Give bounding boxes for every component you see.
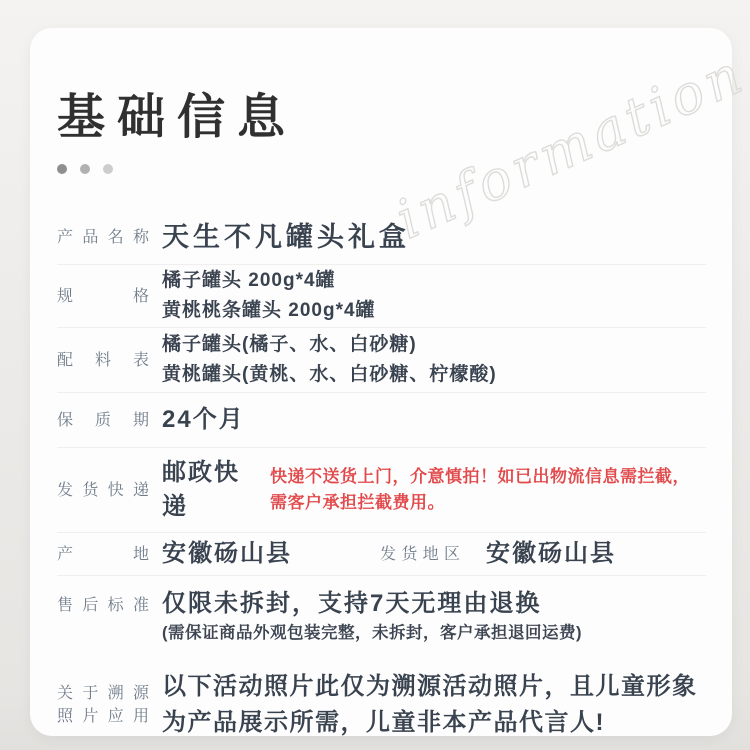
- after-sales-value: 仅限未拆封，支持7天无理由退换: [162, 587, 582, 621]
- traceability-label: 关于溯源 照片应用: [57, 682, 149, 728]
- row-spec: 规 格 橘子罐头 200g*4罐 黄桃桃条罐头 200g*4罐: [57, 265, 706, 328]
- product-name-value: 天生不凡罐头礼盒: [162, 222, 410, 252]
- title-dots-decoration: [57, 164, 732, 174]
- row-after-sales: 售后标准 仅限未拆封，支持7天无理由退换 (需保证商品外观包装完整，未拆封，客户…: [57, 576, 706, 656]
- card-header: 基础信息: [30, 28, 732, 174]
- shipping-value: 邮政快递: [162, 456, 262, 524]
- row-shelf-life: 保 质 期 24个月: [57, 393, 706, 448]
- row-ingredients: 配 料 表 橘子罐头(橘子、水、白砂糖) 黄桃罐头(黄桃、水、白砂糖、柠檬酸): [57, 328, 706, 393]
- spec-value: 橘子罐头 200g*4罐 黄桃桃条罐头 200g*4罐: [162, 266, 376, 326]
- spec-label: 规 格: [57, 285, 149, 308]
- row-product-name: 产品名称 天生不凡罐头礼盒: [57, 210, 706, 265]
- row-origin: 产 地 安徽砀山县 发货地区 安徽砀山县: [57, 533, 706, 576]
- shipping-label: 发货快递: [57, 479, 149, 502]
- row-traceability: 关于溯源 照片应用 以下活动照片此仅为溯源活动照片，且儿童形象 为产品展示所需，…: [57, 656, 706, 741]
- ingredients-label: 配 料 表: [57, 349, 149, 372]
- info-card: information 基础信息 产品名称 天生不凡罐头礼盒 规 格 橘子罐头 …: [30, 28, 732, 736]
- origin-label: 产 地: [57, 543, 149, 566]
- product-name-label: 产品名称: [57, 226, 149, 249]
- ship-from-value: 安徽砀山县: [486, 537, 616, 571]
- product-info-page: { "header": { "title": "基础信息", "watermar…: [0, 0, 750, 750]
- traceability-value: 以下活动照片此仅为溯源活动照片，且儿童形象 为产品展示所需，儿童非本产品代言人!: [162, 669, 698, 741]
- dot-icon: [103, 164, 113, 174]
- row-shipping: 发货快递 邮政快递 快递不送货上门，介意慎拍！如已出物流信息需拦截， 需客户承担…: [57, 448, 706, 533]
- info-table: 产品名称 天生不凡罐头礼盒 规 格 橘子罐头 200g*4罐 黄桃桃条罐头 20…: [57, 210, 706, 741]
- origin-value: 安徽砀山县: [162, 537, 380, 571]
- dot-icon: [80, 164, 90, 174]
- shelf-life-value: 24个月: [162, 403, 245, 437]
- after-sales-content: 仅限未拆封，支持7天无理由退换 (需保证商品外观包装完整，未拆封，客户承担退回运…: [162, 587, 582, 645]
- page-title: 基础信息: [57, 92, 732, 144]
- shelf-life-label: 保 质 期: [57, 409, 149, 432]
- dot-icon: [57, 164, 67, 174]
- shipping-warning-note: 快递不送货上门，介意慎拍！如已出物流信息需拦截， 需客户承担拦截费用。: [270, 464, 706, 516]
- after-sales-label: 售后标准: [57, 594, 149, 617]
- after-sales-note: (需保证商品外观包装完整，未拆封，客户承担退回运费): [162, 621, 582, 645]
- ship-from-label: 发货地区: [380, 543, 460, 566]
- ingredients-value: 橘子罐头(橘子、水、白砂糖) 黄桃罐头(黄桃、水、白砂糖、柠檬酸): [162, 330, 497, 390]
